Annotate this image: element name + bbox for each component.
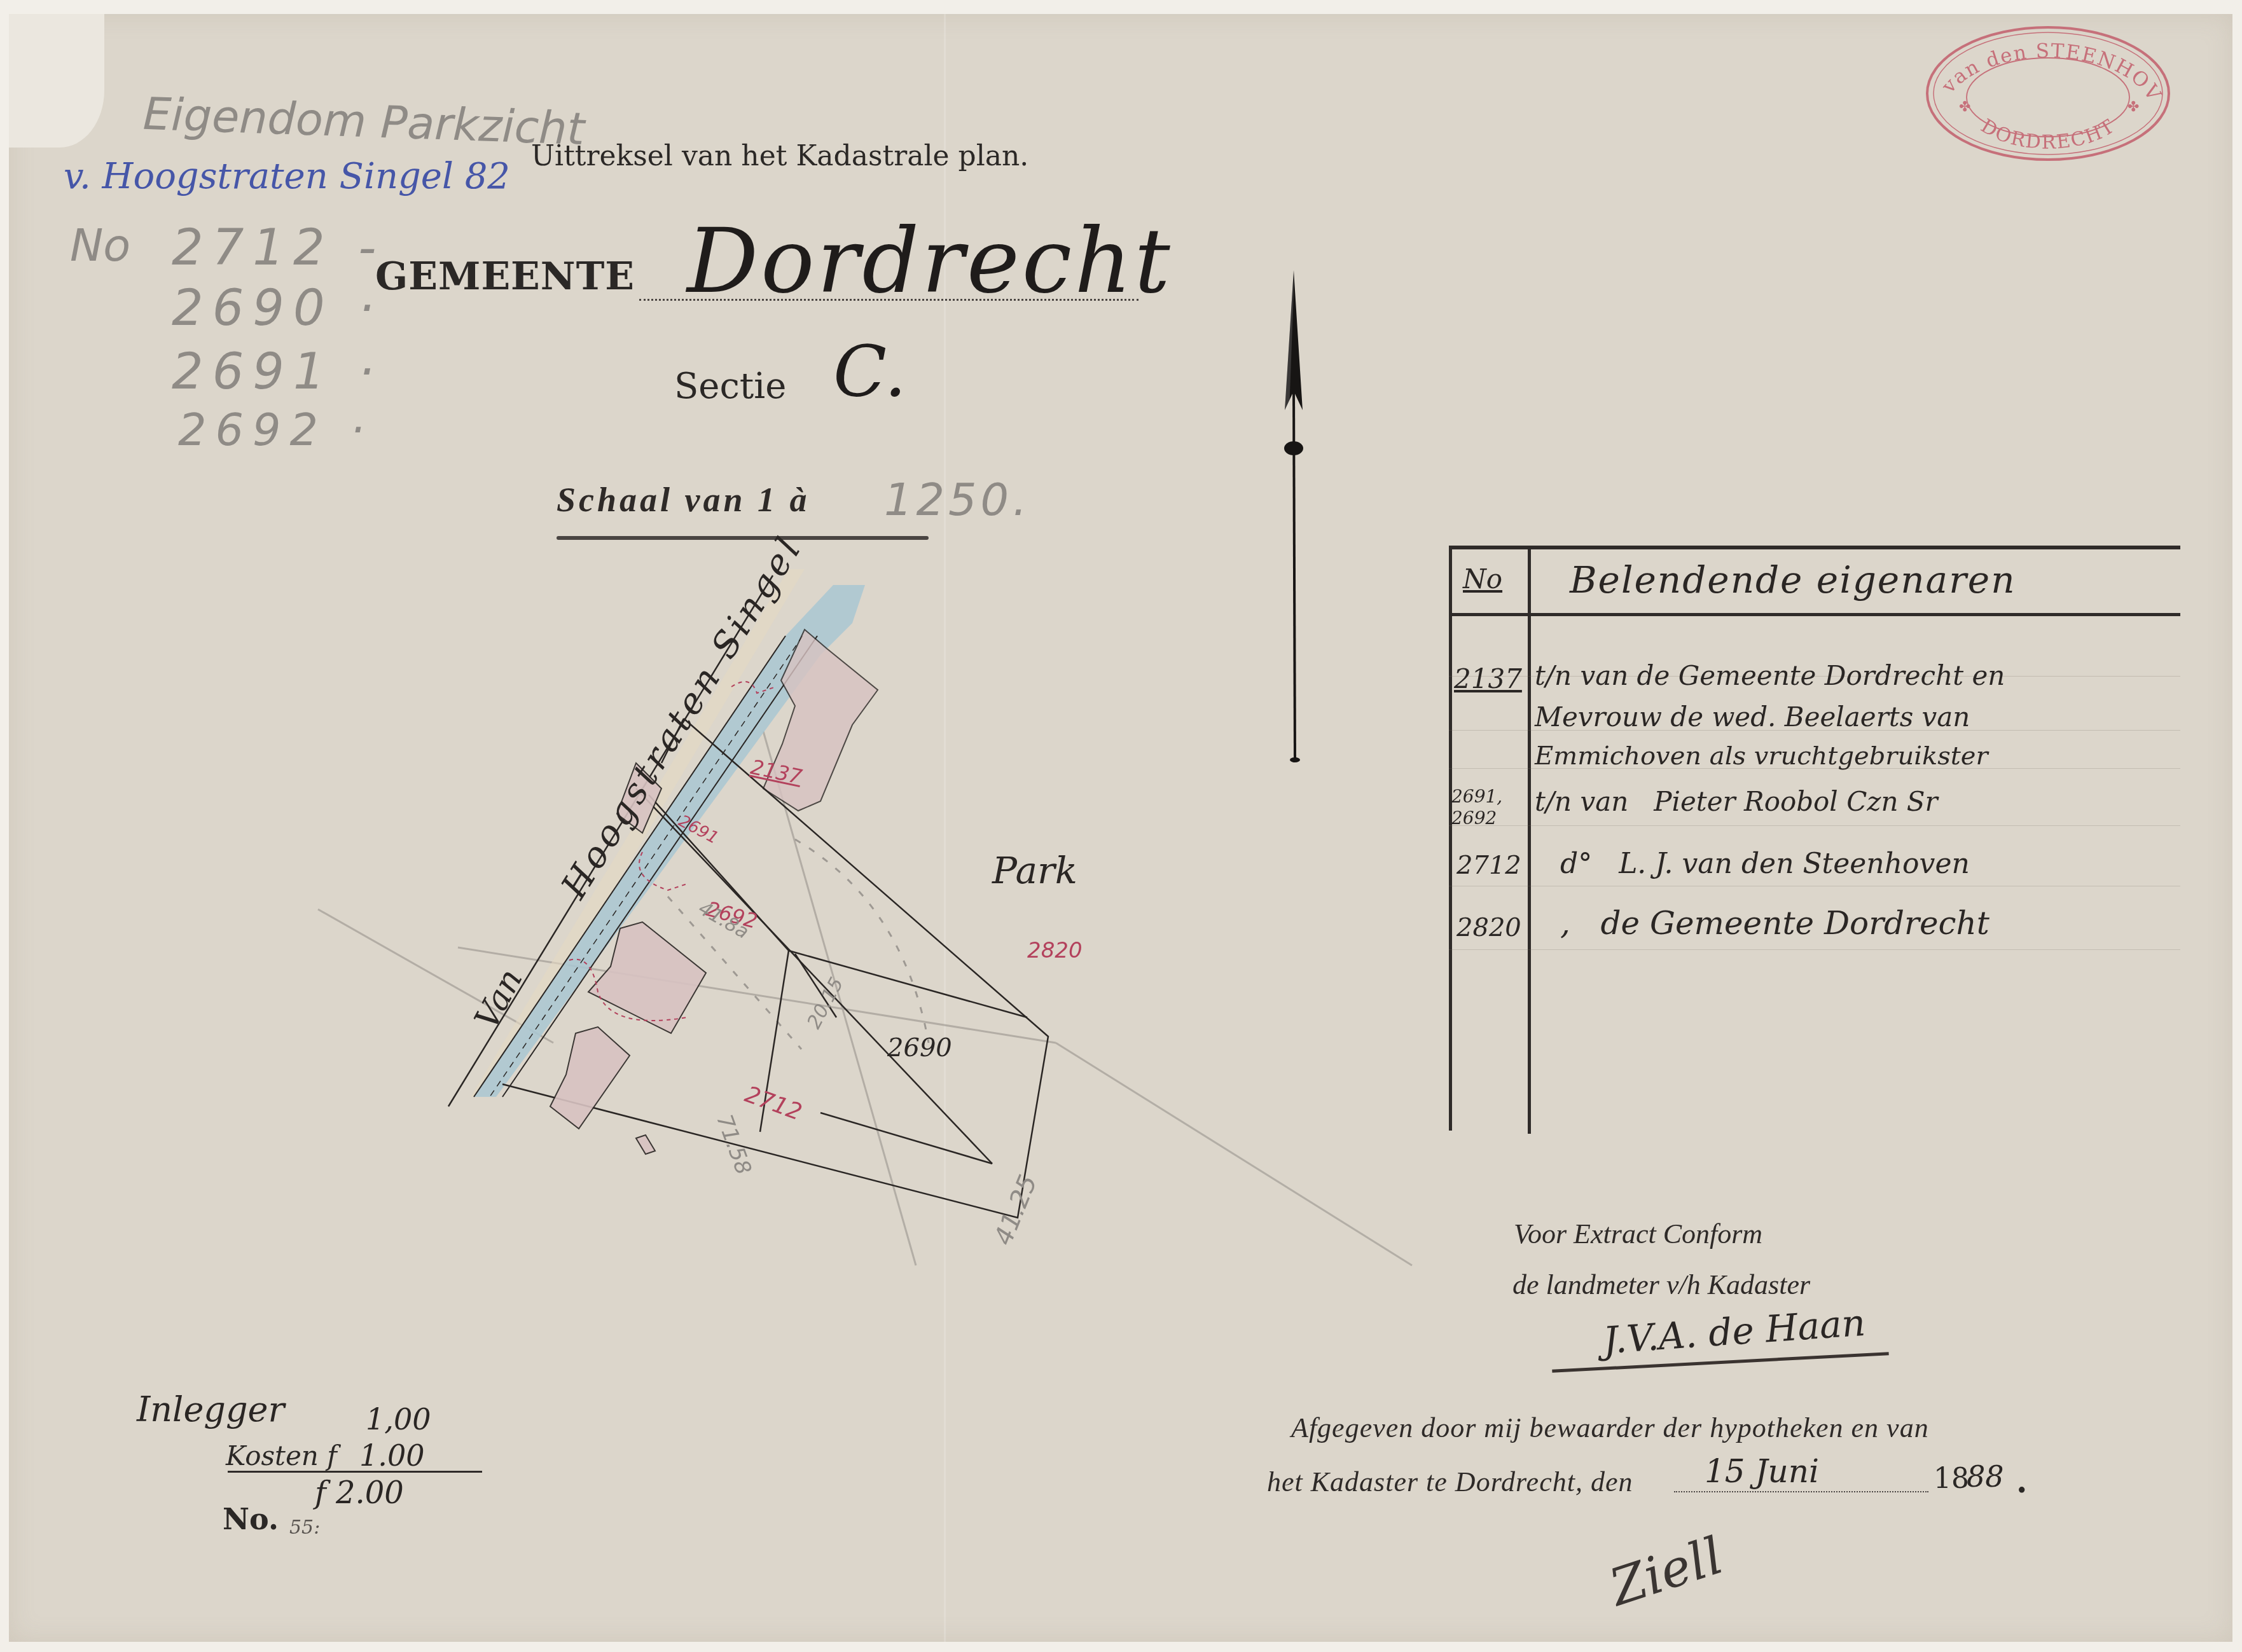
- kosten-value: 1.00: [359, 1438, 424, 1473]
- adjacent-owners-table: No Belendende eigenaren 2137 t/n van de …: [1449, 546, 2180, 1134]
- period: .: [2016, 1463, 2027, 1500]
- table-column-divider: [1528, 546, 1531, 1134]
- stamp-icon: L.J. van den STEENHOVEN DORDRECHT ✤ ✤: [1921, 22, 2175, 165]
- header-owners: Belendende eigenaren: [1570, 558, 2016, 602]
- ruled-line: [1449, 825, 2180, 826]
- parcel-label-2690: 2690: [887, 1033, 952, 1063]
- kosten-label: Kosten f: [226, 1440, 337, 1471]
- row-owner-line: t/n van Pieter Roobol Czn Sr: [1535, 786, 1938, 817]
- table-top-rule: [1449, 546, 2180, 549]
- certification-line-1: Voor Extract Conform: [1514, 1218, 1762, 1250]
- row-owner-line: Mevrouw de wed. Beelaerts van: [1535, 701, 1970, 733]
- park-label: Park: [992, 849, 1077, 892]
- row-owner-line: Emmichoven als vruchtgebruikster: [1535, 741, 1988, 771]
- row-number: 2712: [1457, 851, 1521, 880]
- svg-text:✤: ✤: [2128, 99, 2139, 115]
- row-number: 2820: [1457, 913, 1521, 942]
- row-owner-line: t/n van de Gemeente Dordrecht en: [1535, 660, 2005, 691]
- table-header-rule: [1449, 613, 2180, 616]
- certification-line-2: de landmeter v/h Kadaster: [1512, 1269, 1810, 1301]
- row-number: 2691, 2692: [1451, 786, 1521, 829]
- year-suffix: 88: [1967, 1459, 2004, 1494]
- issuance-date: 15 Juni: [1705, 1453, 1819, 1490]
- svg-text:✤: ✤: [1959, 99, 1970, 115]
- no-value: 55:: [289, 1517, 320, 1539]
- issuance-line-2: het Kadaster te Dordrecht, den: [1267, 1466, 1633, 1498]
- kosten-underline: [228, 1471, 482, 1473]
- row-owner-line: d° L. J. van den Steenhoven: [1560, 848, 1970, 880]
- inlegger-label: Inlegger: [137, 1389, 284, 1429]
- ruled-line: [1449, 949, 2180, 950]
- header-number: No: [1463, 563, 1502, 595]
- row-owner-line: , de Gemeente Dordrecht: [1560, 905, 1989, 942]
- issuance-line-1: Afgegeven door mij bewaarder der hypothe…: [1291, 1412, 1929, 1444]
- ruled-line: [1449, 886, 2180, 886]
- parcel-label-2820: 2820: [1027, 938, 1083, 963]
- row-number: 2137: [1454, 663, 1522, 694]
- year-prefix: 18: [1934, 1463, 1969, 1495]
- owner-stamp: L.J. van den STEENHOVEN DORDRECHT ✤ ✤: [1921, 22, 2175, 165]
- date-dotted-line: [1674, 1491, 1928, 1492]
- table-left-border: [1449, 546, 1452, 1131]
- no-label: No.: [223, 1502, 279, 1536]
- inlegger-value: 1,00: [366, 1402, 431, 1436]
- total-value: f 2.00: [315, 1475, 404, 1511]
